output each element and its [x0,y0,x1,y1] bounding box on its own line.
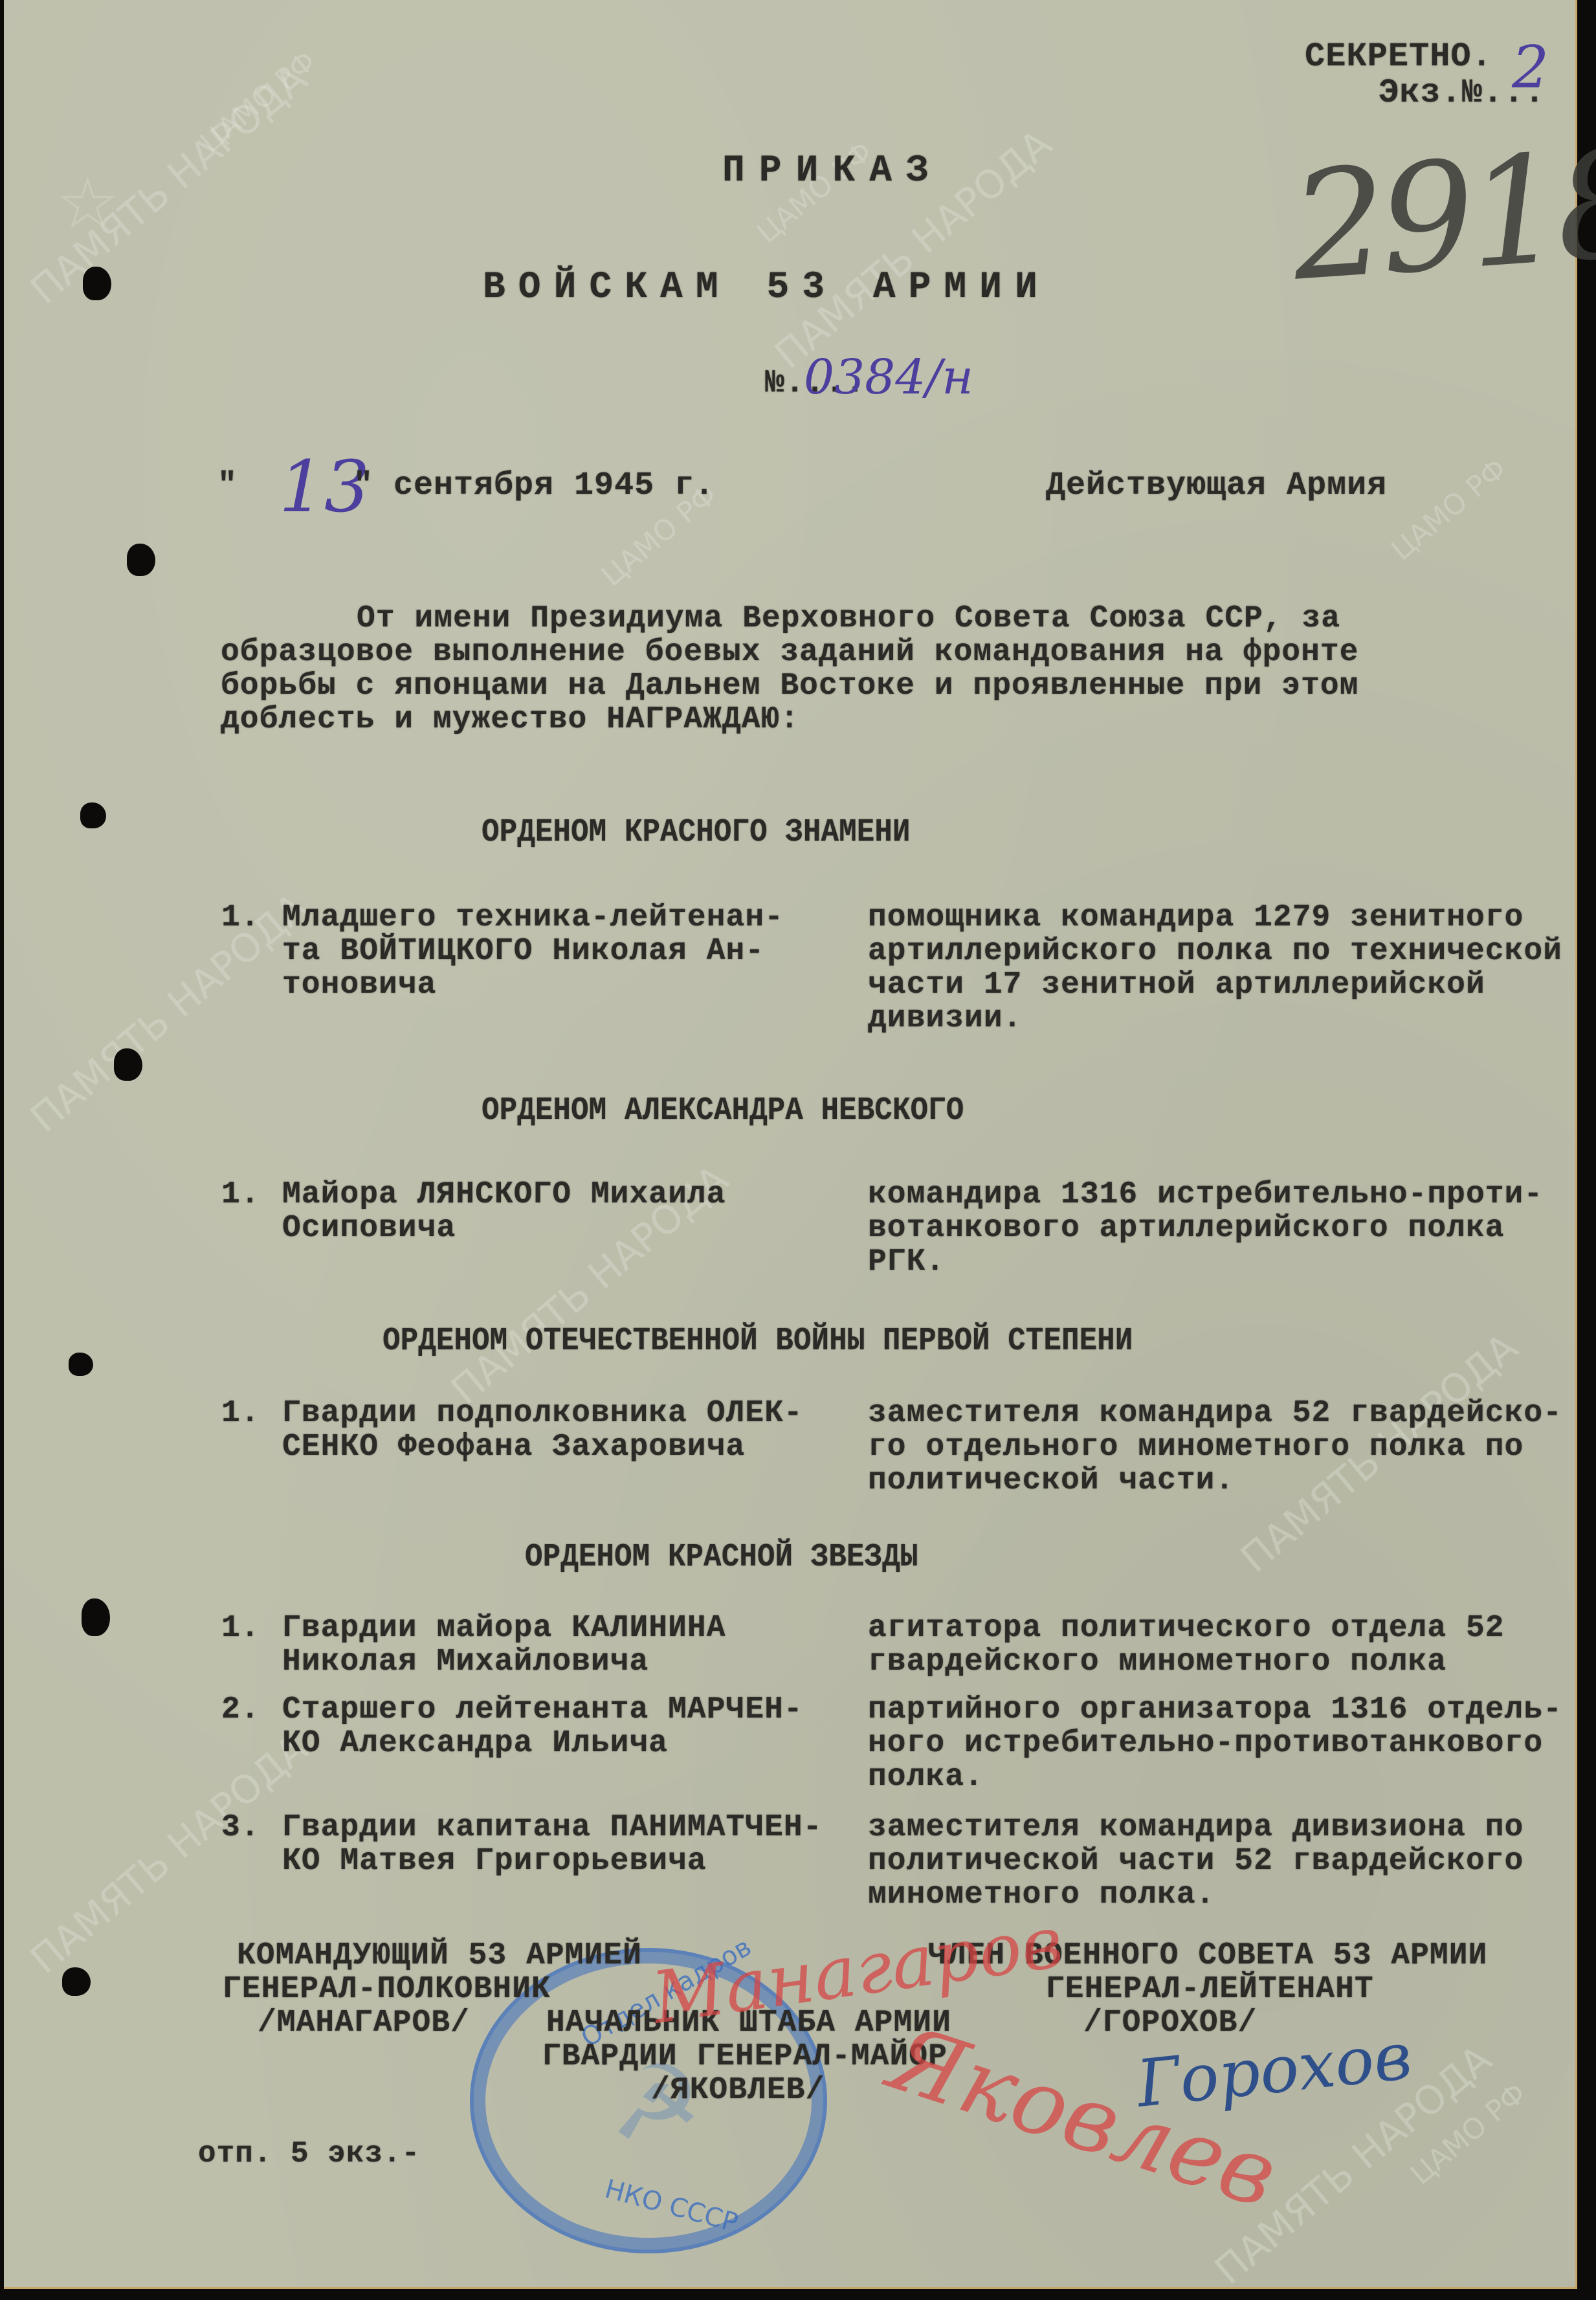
signature-commander-title: КОМАНДУЮЩИЙ 53 АРМИЕЙ [237,1939,642,1973]
copy-number-handwritten: 2 [1512,34,1549,102]
entry-number: 2. [221,1693,260,1727]
document-page: ☆ ПАМЯТЬ НАРОДА ЦАМО РФ ЦАМО РФ ПАМЯТЬ Н… [4,0,1577,2289]
entry-name-line: Младшего техника-лейтенан- [282,901,784,934]
order-number-handwritten: 0384/н [804,349,973,405]
signature-council-name: /ГОРОХОВ/ [1083,2006,1257,2040]
entry-name-line: Гвардии подполковника ОЛЕК- [282,1397,803,1430]
entry-position-line: части 17 зенитной артиллерийской [868,968,1485,1002]
watermark-tsamo: ЦАМО РФ [1383,450,1514,569]
watermark-tsamo: ЦАМО РФ [192,43,324,162]
entry-position-line: заместителя командира дивизиона по [868,1811,1524,1844]
entry-name-line: КО Матвея Григорьевича [282,1844,707,1878]
entry-name-line: КО Александра Ильича [282,1727,668,1760]
entry-number: 1. [221,1397,260,1430]
signature-chief-of-staff-rank: ГВАРДИИ ГЕНЕРАЛ-МАЙОР [542,2040,948,2073]
award-heading: ОРДЕНОМ АЛЕКСАНДРА НЕВСКОГО [482,1092,964,1129]
entry-position-line: политической части 52 гвардейского [868,1844,1524,1878]
date-month-year: " сентября 1945 г. [353,467,715,504]
punch-hole [69,1353,93,1376]
entry-position-line: полка. [868,1760,984,1794]
entry-name-line: Осиповича [282,1211,456,1245]
preamble-line: борьбы с японцами на Дальнем Востоке и п… [221,669,1358,703]
copies-note: отп. 5 экз.- [198,2137,420,2171]
entry-number: 1. [221,901,260,934]
entry-position-line: РГК. [868,1245,945,1279]
entry-name-line: та ВОЙТИЦКОГО Николая Ан- [282,934,764,968]
preamble-line: доблесть и мужество НАГРАЖДАЮ: [221,703,799,736]
entry-name-line: Старшего лейтенанта МАРЧЕН- [282,1693,803,1727]
punch-hole [82,1598,110,1636]
classification-label: СЕКРЕТНО. [1305,38,1492,76]
punch-hole [83,267,111,300]
entry-position-line: заместителя командира 52 гвардейско- [868,1397,1562,1430]
entry-position-line: дивизии. [868,1002,1022,1035]
entry-position-line: вотанкового артиллерийского полка [868,1211,1505,1245]
entry-name-line: Майора ЛЯНСКОГО Михаила [282,1178,726,1211]
watermark-pamyat-naroda: ПАМЯТЬ НАРОДА [24,887,314,1139]
entry-position-line: ного истребительно-противотанкового [868,1727,1543,1760]
punch-hole [114,1048,142,1081]
preamble-line: образцовое выполнение боевых заданий ком… [221,636,1358,669]
signature-council-rank: ГЕНЕРАЛ-ЛЕЙТЕНАНТ [1046,1973,1374,2006]
date-open-quote: " [217,467,238,504]
entry-name-line: Гвардии капитана ПАНИМАТЧЕН- [282,1811,823,1844]
entry-position-line: политической части. [868,1464,1234,1498]
signature-commander-name: /МАНАГАРОВ/ [258,2006,470,2040]
preamble-line: От имени Президиума Верховного Совета Со… [357,602,1340,636]
award-heading: ОРДЕНОМ ОТЕЧЕСТВЕННОЙ ВОЙНЫ ПЕРВОЙ СТЕПЕ… [382,1323,1133,1360]
entry-position-line: партийного организатора 1316 отдель- [868,1693,1562,1727]
entry-position-line: гвардейского минометного полка [868,1645,1446,1679]
pencil-number-handwritten: 2918 [1286,117,1596,314]
signature-chief-of-staff-name: /ЯКОВЛЕВ/ [651,2073,825,2107]
entry-position-line: командира 1316 истребительно-проти- [868,1178,1543,1211]
entry-name-line: Николая Михайловича [282,1645,648,1679]
punch-hole [62,1967,91,1996]
stamp-bottom-text: НКО СССР [602,2174,741,2239]
award-heading: ОРДЕНОМ КРАСНОЙ ЗВЕЗДЫ [525,1539,918,1576]
entry-name-line: тоновича [282,968,436,1002]
document-subtitle: ВОЙСКАМ 53 АРМИИ [483,267,1050,309]
punch-hole [127,544,155,576]
document-title: ПРИКАЗ [722,150,943,192]
entry-number: 3. [221,1811,260,1844]
entry-name-line: Гвардии майора КАЛИНИНА [282,1611,726,1645]
punch-hole [80,802,106,828]
entry-number: 1. [221,1178,260,1211]
signature-commander-rank: ГЕНЕРАЛ-ПОЛКОВНИК [223,1973,551,2006]
place-label: Действующая Армия [1046,467,1387,504]
entry-position-line: помощника командира 1279 зенитного [868,901,1524,934]
entry-number: 1. [221,1611,260,1645]
award-heading: ОРДЕНОМ КРАСНОГО ЗНАМЕНИ [482,814,911,851]
entry-position-line: агитатора политического отдела 52 [868,1611,1505,1645]
entry-position-line: артиллерийского полка по технической [868,934,1562,968]
entry-position-line: го отдельного минометного полка по [868,1430,1524,1464]
entry-name-line: СЕНКО Феофана Захаровича [282,1430,745,1464]
